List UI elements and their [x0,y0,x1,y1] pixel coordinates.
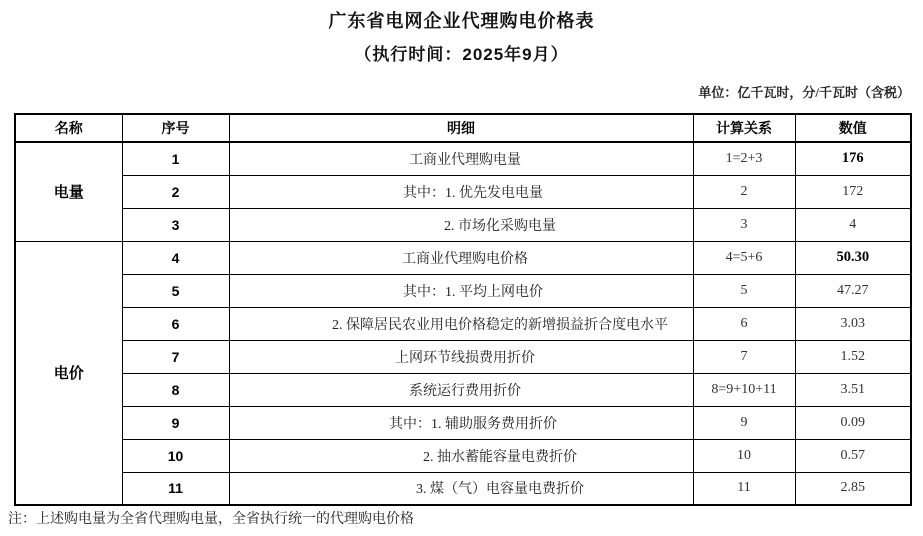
page-title: 广东省电网企业代理购电价格表 [0,7,923,33]
detail-label: 其中：1. 优先发电电量 [229,175,693,208]
value: 50.30 [795,241,911,274]
table-body: 电量1工商业代理购电量1=2+31762其中：1. 优先发电电量217232. … [15,142,911,505]
value: 3.51 [795,373,911,406]
table-row: 32. 市场化采购电量34 [15,208,911,241]
serial-no: 2 [122,175,229,208]
document-page: 广东省电网企业代理购电价格表 （执行时间：2025年9月） 单位：亿千瓦时，分/… [0,0,923,536]
table-row: 7上网环节线损费用折价71.52 [15,340,911,373]
serial-no: 1 [122,142,229,175]
footnote: 注：上述购电量为全省代理购电量，全省执行统一的代理购电价格 [8,508,414,528]
value: 47.27 [795,274,911,307]
calc-relation: 10 [693,439,795,472]
group-name-1: 电价 [15,241,122,505]
table-row: 8系统运行费用折价8=9+10+113.51 [15,373,911,406]
detail-label: 3. 煤（气）电容量电费折价 [229,472,693,505]
unit-note: 单位：亿千瓦时，分/千瓦时（含税） [698,82,910,101]
calc-relation: 9 [693,406,795,439]
value: 2.85 [795,472,911,505]
calc-relation: 5 [693,274,795,307]
value: 0.57 [795,439,911,472]
page-subtitle: （执行时间：2025年9月） [0,40,923,65]
col-header-name: 名称 [15,114,122,142]
serial-no: 5 [122,274,229,307]
table-row: 62. 保障居民农业用电价格稳定的新增损益折合度电水平63.03 [15,307,911,340]
detail-label: 其中：1. 平均上网电价 [229,274,693,307]
value: 4 [795,208,911,241]
detail-label: 工商业代理购电量 [229,142,693,175]
value: 176 [795,142,911,175]
serial-no: 10 [122,439,229,472]
calc-relation: 2 [693,175,795,208]
calc-relation: 6 [693,307,795,340]
price-table: 名称 序号 明细 计算关系 数值 电量1工商业代理购电量1=2+31762其中：… [14,113,912,506]
table-row: 9其中：1. 辅助服务费用折价90.09 [15,406,911,439]
serial-no: 11 [122,472,229,505]
calc-relation: 8=9+10+11 [693,373,795,406]
header-row: 名称 序号 明细 计算关系 数值 [15,114,911,142]
detail-label: 2. 保障居民农业用电价格稳定的新增损益折合度电水平 [229,307,693,340]
table-row: 2其中：1. 优先发电电量2172 [15,175,911,208]
detail-label: 系统运行费用折价 [229,373,693,406]
detail-label: 2. 抽水蓄能容量电费折价 [229,439,693,472]
table-row: 113. 煤（气）电容量电费折价112.85 [15,472,911,505]
detail-label: 其中：1. 辅助服务费用折价 [229,406,693,439]
table-row: 5其中：1. 平均上网电价547.27 [15,274,911,307]
calc-relation: 1=2+3 [693,142,795,175]
serial-no: 7 [122,340,229,373]
col-header-no: 序号 [122,114,229,142]
value: 3.03 [795,307,911,340]
table-row: 电价4工商业代理购电价格4=5+650.30 [15,241,911,274]
value: 1.52 [795,340,911,373]
serial-no: 3 [122,208,229,241]
serial-no: 8 [122,373,229,406]
serial-no: 4 [122,241,229,274]
serial-no: 6 [122,307,229,340]
col-header-calc: 计算关系 [693,114,795,142]
value: 172 [795,175,911,208]
detail-label: 2. 市场化采购电量 [229,208,693,241]
calc-relation: 11 [693,472,795,505]
calc-relation: 7 [693,340,795,373]
col-header-detail: 明细 [229,114,693,142]
detail-label: 上网环节线损费用折价 [229,340,693,373]
group-name-0: 电量 [15,142,122,241]
col-header-value: 数值 [795,114,911,142]
table-row: 102. 抽水蓄能容量电费折价100.57 [15,439,911,472]
serial-no: 9 [122,406,229,439]
value: 0.09 [795,406,911,439]
detail-label: 工商业代理购电价格 [229,241,693,274]
calc-relation: 3 [693,208,795,241]
calc-relation: 4=5+6 [693,241,795,274]
table-row: 电量1工商业代理购电量1=2+3176 [15,142,911,175]
